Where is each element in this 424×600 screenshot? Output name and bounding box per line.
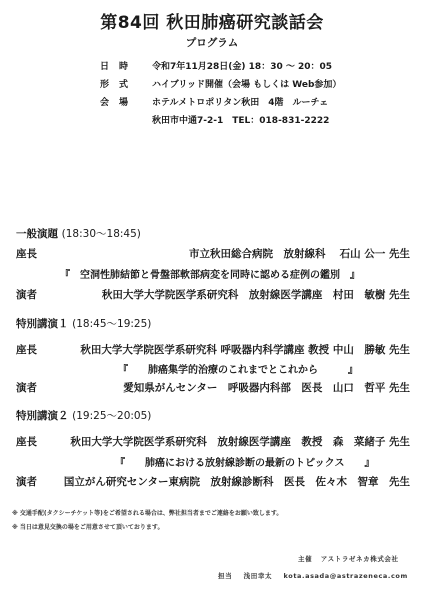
contact-line: 担当 浅田幸太 kota.asada@astrazeneca.com [218,571,408,580]
chair-name: 秋田大学大学院医学系研究科 呼吸器内科学講座 教授 中山 勝敏 先生 [80,342,410,357]
session-heading: 特別講演１ (18:45～19:25) [16,316,151,331]
session-heading: 特別講演２ (19:25～20:05) [16,408,151,423]
lecture-topic: 『 肺癌における放射線診断の最新のトピックス 』 [115,454,375,469]
speaker-row: 演者 秋田大学大学院医学系研究科 放射線医学講座 村田 敏樹 先生 [16,287,410,301]
chair-row: 座長 市立秋田総合病院 放射線科 石山 公一 先生 [16,246,410,260]
lecture-topic: 『 空洞性肺結節と骨盤部軟部病変を同時に認める症例の鑑別 』 [60,266,360,281]
speaker-row: 演者 国立がん研究センター東病院 放射線診断科 医長 佐々木 智章 先生 [16,474,410,488]
lecture-topic: 『 肺癌集学的治療のこれまでとこれから 』 [118,361,358,376]
chair-row: 座長 秋田大学大学院医学系研究科 放射線医学講座 教授 森 菜緒子 先生 [16,434,410,448]
info-address-row: 秋田市中通7-2-1 TEL：018-831-2222 [0,113,424,127]
sponsor-line: 主催 アストラゼネカ株式会社 [298,554,399,563]
page-subtitle: プログラム [0,35,424,50]
speaker-name: 国立がん研究センター東病院 放射線診断科 医長 佐々木 智章 先生 [64,474,410,489]
info-value: ハイブリッド開催（会場 もしくは Web参加） [152,77,341,90]
session-title: 特別講演２ [16,410,69,422]
chair-name: 市立秋田総合病院 放射線科 石山 公一 先生 [189,246,410,261]
session-time: (18:45～19:25) [72,318,151,330]
contact-label: 担当 [218,572,232,580]
info-label: 形式 [100,77,138,90]
speaker-label: 演者 [16,380,37,395]
info-venue-row: 会場 ホテルメトロポリタン秋田 4階 ルーチェ [0,95,424,109]
contact-email-link[interactable]: kota.asada@astrazeneca.com [284,572,408,580]
chair-row: 座長 秋田大学大学院医学系研究科 呼吸器内科学講座 教授 中山 勝敏 先生 [16,342,410,356]
chair-name: 秋田大学大学院医学系研究科 放射線医学講座 教授 森 菜緒子 先生 [70,434,410,449]
info-value: 令和7年11月28日(金) 18：30 ～ 20：05 [152,59,332,72]
note-transport: ※ 交通手配(タクシーチケット等)をご希望される場合は、弊社担当者までご連絡をお… [12,508,282,517]
page-title: 第84回 秋田肺癌研究談話会 [0,8,424,33]
info-date-row: 日時 令和7年11月28日(金) 18：30 ～ 20：05 [0,59,424,73]
sponsor-label: 主催 [298,555,312,563]
sponsor-name: アストラゼネカ株式会社 [321,555,399,563]
chair-label: 座長 [16,246,37,261]
speaker-name: 秋田大学大学院医学系研究科 放射線医学講座 村田 敏樹 先生 [102,287,410,302]
speaker-row: 演者 愛知県がんセンター 呼吸器内科部 医長 山口 哲平 先生 [16,380,410,394]
session-heading: 一般演題 (18:30～18:45) [16,226,141,241]
info-value: 秋田市中通7-2-1 TEL：018-831-2222 [152,113,329,126]
chair-label: 座長 [16,342,37,357]
session-title: 一般演題 [16,228,58,240]
contact-name: 浅田幸太 [244,572,272,580]
session-time: (18:30～18:45) [62,228,141,240]
info-value: ホテルメトロポリタン秋田 4階 ルーチェ [152,95,328,108]
info-label: 日時 [100,59,138,72]
speaker-name: 愛知県がんセンター 呼吸器内科部 医長 山口 哲平 先生 [123,380,410,395]
info-label: 会場 [100,95,138,108]
speaker-label: 演者 [16,474,37,489]
session-title: 特別講演１ [16,318,69,330]
session-time: (19:25～20:05) [72,410,151,422]
speaker-label: 演者 [16,287,37,302]
note-discussion: ※ 当日は意見交換の場をご用意させて頂いております。 [12,522,163,531]
chair-label: 座長 [16,434,37,449]
info-format-row: 形式 ハイブリッド開催（会場 もしくは Web参加） [0,77,424,91]
